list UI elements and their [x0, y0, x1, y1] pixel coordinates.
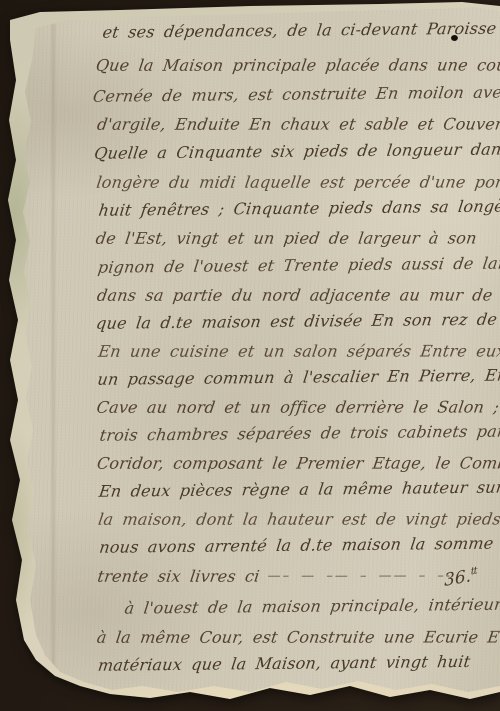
manuscript-line: Coridor, composant le Premier Etage, le …	[96, 453, 500, 473]
line-text: la maison, dont la hauteur est de vingt …	[97, 509, 500, 528]
manuscript-page: et ses dépendances, de la ci-devant Paro…	[0, 0, 500, 711]
manuscript-line: huit fenêtres ; Cinquante pieds dans sa …	[97, 196, 500, 220]
handwritten-text-block: et ses dépendances, de la ci-devant Paro…	[0, 0, 500, 711]
manuscript-line: En deux pièces règne a la même hauteur s…	[98, 477, 500, 502]
manuscript-line: à l'ouest de la maison principale, intér…	[123, 594, 500, 618]
manuscript-line: et ses dépendances, de la ci-devant Paro…	[101, 17, 500, 43]
manuscript-line: la maison, dont la hauteur est de vingt …	[97, 509, 500, 529]
amount-unit-livres: tt	[471, 565, 477, 577]
line-text: un passage commun à l'escalier En Pierre…	[96, 365, 500, 389]
manuscript-line: à la même Cour, est Construite une Ecuri…	[96, 627, 500, 647]
line-text: trente six livres ci	[96, 567, 261, 587]
line-text: En une cuisine et un salon séparés Entre…	[97, 341, 500, 360]
manuscript-line: longère du midi laquelle est percée d'un…	[95, 172, 500, 192]
line-text: Que la Maison principale placée dans une…	[95, 55, 500, 74]
line-text: En deux pièces règne a la même hauteur s…	[98, 477, 500, 501]
manuscript-line: pignon de l'ouest et Trente pieds aussi …	[97, 253, 500, 278]
line-text: d'argile, Enduite En chaux et sable et C…	[96, 114, 500, 133]
ink-blot	[451, 35, 458, 41]
line-text: matériaux que la Maison, ayant vingt hui…	[97, 652, 472, 675]
photo-background: { "background_color": "#241c14", "paper"…	[0, 0, 500, 711]
manuscript-sheet: et ses dépendances, de la ci-devant Paro…	[0, 0, 500, 711]
line-text: Coridor, composant le Premier Etage, le …	[96, 453, 500, 472]
line-text: que la d.te maison est divisée En son re…	[95, 309, 500, 333]
line-text: de l'Est, vingt et un pied de largeur à …	[95, 228, 479, 247]
manuscript-line: un passage commun à l'escalier En Pierre…	[96, 365, 500, 390]
manuscript-line: dans sa partie du nord adjacente au mur …	[96, 285, 500, 305]
manuscript-line: Que la Maison principale placée dans une…	[95, 55, 500, 75]
manuscript-line: matériaux que la Maison, ayant vingt hui…	[97, 652, 472, 676]
line-text: longère du midi laquelle est percée d'un…	[95, 172, 500, 191]
manuscript-line: de l'Est, vingt et un pied de largeur à …	[94, 228, 478, 248]
line-text: dans sa partie du nord adjacente au mur …	[96, 285, 500, 304]
manuscript-line: En une cuisine et un salon séparés Entre…	[97, 341, 500, 361]
manuscript-line: que la d.te maison est divisée En son re…	[95, 309, 500, 334]
line-text: Cernée de murs, est construite En moilon…	[92, 82, 500, 106]
manuscript-line: Cave au nord et un office derrière le Sa…	[95, 397, 500, 417]
ledger-line: trente six livres ci —– — –— – —— – –— —…	[96, 566, 451, 586]
manuscript-line: Quelle a Cinquante six pieds de longueur…	[93, 139, 500, 164]
line-text: à l'ouest de la maison principale, intér…	[124, 594, 500, 617]
manuscript-line: nous avons arrenté la d.te maison la som…	[98, 533, 500, 557]
line-text: Quelle a Cinquante six pieds de longueur…	[93, 139, 500, 163]
manuscript-line: trois chambres séparées de trois cabinet…	[98, 421, 500, 446]
line-text: à la même Cour, est Construite une Ecuri…	[96, 627, 500, 646]
manuscript-line: Cernée de murs, est construite En moilon…	[92, 82, 500, 107]
manuscript-line: d'argile, Enduite En chaux et sable et C…	[96, 114, 500, 134]
line-text: nous avons arrenté la d.te maison la som…	[98, 533, 500, 556]
line-text: et ses dépendances, de la ci-devant Paro…	[101, 17, 500, 42]
line-text: trois chambres séparées de trois cabinet…	[99, 421, 500, 445]
line-text: pignon de l'ouest et Trente pieds aussi …	[97, 253, 500, 277]
line-text: Cave au nord et un office derrière le Sa…	[95, 397, 500, 416]
ledger-dash-fill: —– — –— – —— – –— — –— – —— – –—	[266, 566, 451, 586]
line-text: huit fenêtres ; Cinquante pieds dans sa …	[97, 196, 500, 219]
